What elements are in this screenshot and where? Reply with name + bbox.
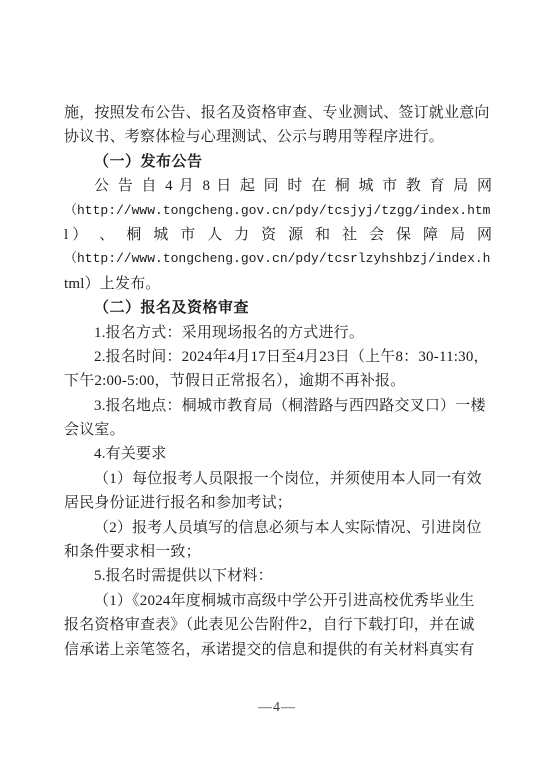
text-line: 4.有关要求	[64, 442, 492, 466]
text-line: tml）上发布。	[64, 272, 492, 296]
text-line: （2）报考人员填写的信息必须与本人实际情况、引进岗位	[64, 516, 492, 540]
text-line: 公 告 自 4 月 8 日 起 同 时 在 桐 城 市 教 育 局 网	[64, 174, 492, 198]
text-line: 居民身份证进行报名和参加考试；	[64, 491, 492, 515]
text-line: （1）《2024年度桐城市高级中学公开引进高校优秀毕业生	[64, 589, 492, 613]
text-line: 3.报名地点：桐城市教育局（桐潜路与西四路交叉口）一楼	[64, 394, 492, 418]
text-line: 2.报名时间：2024年4月17日至4月23日（上午8：30-11:30，	[64, 345, 492, 369]
text-line: 会议室。	[64, 418, 492, 442]
text-line: 下午2:00-5:00，节假日正常报名），逾期不再补报。	[64, 369, 492, 393]
text-line: 1.报名方式：采用现场报名的方式进行。	[64, 321, 492, 345]
page-number: —4—	[0, 700, 554, 716]
section-heading: （一）发布公告	[64, 150, 492, 174]
text-line: 5.报名时需提供以下材料：	[64, 564, 492, 588]
text-line: 报名资格审查表》（此表见公告附件2，自行下载打印，并在诚	[64, 613, 492, 637]
text-line: l） 、 桐 城 市 人 力 资 源 和 社 会 保 障 局 网	[64, 223, 492, 247]
text-line: 和条件要求相一致；	[64, 540, 492, 564]
section-heading: （二）报名及资格审查	[64, 296, 492, 320]
text-line: 协议书、考察体检与心理测试、公示与聘用等程序进行。	[64, 125, 492, 149]
text-line: （http://www.tongcheng.gov.cn/pdy/tcsjyj/…	[64, 199, 492, 223]
document-content: 施，按照发布公告、报名及资格审查、专业测试、签订就业意向协议书、考察体检与心理测…	[64, 101, 492, 662]
document-page: 施，按照发布公告、报名及资格审查、专业测试、签订就业意向协议书、考察体检与心理测…	[0, 0, 554, 784]
text-line: 信承诺上亲笔签名，承诺提交的信息和提供的有关材料真实有	[64, 638, 492, 662]
text-line: 施，按照发布公告、报名及资格审查、专业测试、签订就业意向	[64, 101, 492, 125]
text-line: （http://www.tongcheng.gov.cn/pdy/tcsrlzy…	[64, 247, 492, 271]
text-line: （1）每位报考人员限报一个岗位，并须使用本人同一有效	[64, 467, 492, 491]
